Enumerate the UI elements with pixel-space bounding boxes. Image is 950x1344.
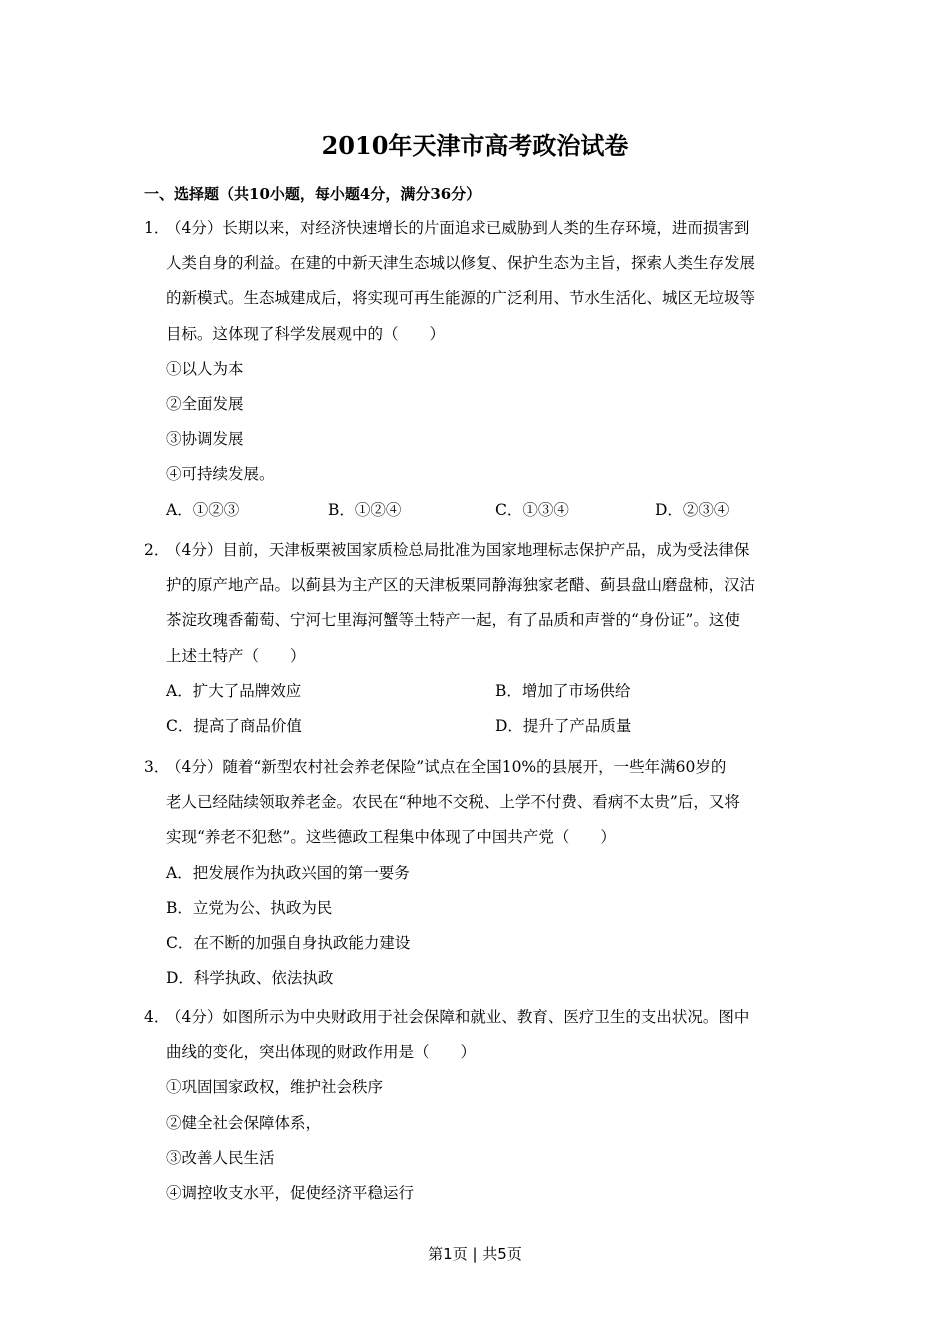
statement-2: ②健全社会保障体系，: [144, 1106, 824, 1141]
question-3-line-3: 实现“养老不犯愁”。这些德政工程集中体现了中国共产党（ ）: [144, 820, 824, 855]
option-c[interactable]: C．在不断的加强自身执政能力建设: [144, 926, 824, 961]
question-3-line-1: 3．（4分）随着“新型农村社会养老保险”试点在全国10%的县展开，一些年满60岁…: [144, 750, 824, 785]
option-a[interactable]: A．把发展作为执政兴国的第一要务: [144, 856, 824, 891]
statement-3: ③改善人民生活: [144, 1141, 824, 1176]
question-3-line-2: 老人已经陆续领取养老金。农民在“种地不交税、上学不付费、看病不太贵”后，又将: [144, 785, 824, 820]
option-d[interactable]: D．科学执政、依法执政: [144, 961, 824, 996]
question-1-line-4: 目标。这体现了科学发展观中的（ ）: [144, 317, 824, 352]
question-1-line-3: 的新模式。生态城建成后，将实现可再生能源的广泛利用、节水生活化、城区无垃圾等: [144, 281, 824, 316]
option-b[interactable]: B．①②④: [328, 493, 401, 528]
question-number: 3．: [144, 750, 166, 785]
question-text: （4分）随着“新型农村社会养老保险”试点在全国10%的县展开，一些年满60岁的: [166, 758, 726, 776]
option-d[interactable]: D．②③④: [655, 493, 729, 528]
question-4: 4．（4分）如图所示为中央财政用于社会保障和就业、教育、医疗卫生的支出状况。图中…: [144, 1000, 824, 1211]
statement-3: ③协调发展: [144, 422, 824, 457]
question-1-line-2: 人类自身的利益。在建的中新天津生态城以修复、保护生态为主旨，探索人类生存发展: [144, 246, 824, 281]
exam-page: 2010年天津市高考政治试卷 一、选择题（共10小题，每小题4分，满分36分） …: [0, 0, 950, 1344]
question-1: 1．（4分）长期以来，对经济快速增长的片面追求已威胁到人类的生存环境，进而损害到…: [144, 211, 824, 528]
question-text: （4分）如图所示为中央财政用于社会保障和就业、教育、医疗卫生的支出状况。图中: [166, 1008, 749, 1026]
question-2: 2．（4分）目前，天津板栗被国家质检总局批准为国家地理标志保护产品，成为受法律保…: [144, 533, 824, 744]
options-row-1: A．扩大了品牌效应 B．增加了市场供给: [144, 674, 824, 709]
option-c[interactable]: C．提高了商品价值: [166, 709, 302, 744]
question-1-line-1: 1．（4分）长期以来，对经济快速增长的片面追求已威胁到人类的生存环境，进而损害到: [144, 211, 824, 246]
question-3: 3．（4分）随着“新型农村社会养老保险”试点在全国10%的县展开，一些年满60岁…: [144, 750, 824, 996]
option-a[interactable]: A．①②③: [166, 493, 239, 528]
options-row-2: C．提高了商品价值 D．提升了产品质量: [144, 709, 824, 744]
statement-4: ④调控收支水平，促使经济平稳运行: [144, 1176, 824, 1211]
question-number: 2．: [144, 533, 166, 568]
statement-1: ①巩固国家政权，维护社会秩序: [144, 1070, 824, 1105]
option-c[interactable]: C．①③④: [495, 493, 569, 528]
options-row: A．①②③ B．①②④ C．①③④ D．②③④: [144, 493, 824, 528]
page-title: 2010年天津市高考政治试卷: [0, 126, 950, 161]
section-heading: 一、选择题（共10小题，每小题4分，满分36分）: [144, 183, 481, 204]
question-number: 4．: [144, 1000, 166, 1035]
question-2-line-4: 上述土特产（ ）: [144, 639, 824, 674]
statement-4: ④可持续发展。: [144, 457, 824, 492]
option-d[interactable]: D．提升了产品质量: [495, 709, 631, 744]
question-2-line-1: 2．（4分）目前，天津板栗被国家质检总局批准为国家地理标志保护产品，成为受法律保: [144, 533, 824, 568]
question-2-line-2: 护的原产地产品。以蓟县为主产区的天津板栗同静海独家老醋、蓟县盘山磨盘柿，汉沽: [144, 568, 824, 603]
question-number: 1．: [144, 211, 166, 246]
question-2-line-3: 茶淀玫瑰香葡萄、宁河七里海河蟹等土特产一起，有了品质和声誉的“身份证”。这使: [144, 603, 824, 638]
question-text: （4分）长期以来，对经济快速增长的片面追求已威胁到人类的生存环境，进而损害到: [166, 219, 749, 237]
question-4-line-1: 4．（4分）如图所示为中央财政用于社会保障和就业、教育、医疗卫生的支出状况。图中: [144, 1000, 824, 1035]
statement-1: ①以人为本: [144, 352, 824, 387]
statement-2: ②全面发展: [144, 387, 824, 422]
question-4-line-2: 曲线的变化，突出体现的财政作用是（ ）: [144, 1035, 824, 1070]
question-text: （4分）目前，天津板栗被国家质检总局批准为国家地理标志保护产品，成为受法律保: [166, 541, 749, 559]
option-b[interactable]: B．增加了市场供给: [495, 674, 630, 709]
option-a[interactable]: A．扩大了品牌效应: [166, 674, 301, 709]
option-b[interactable]: B．立党为公、执政为民: [144, 891, 824, 926]
page-footer: 第1页 | 共5页: [0, 1243, 950, 1264]
